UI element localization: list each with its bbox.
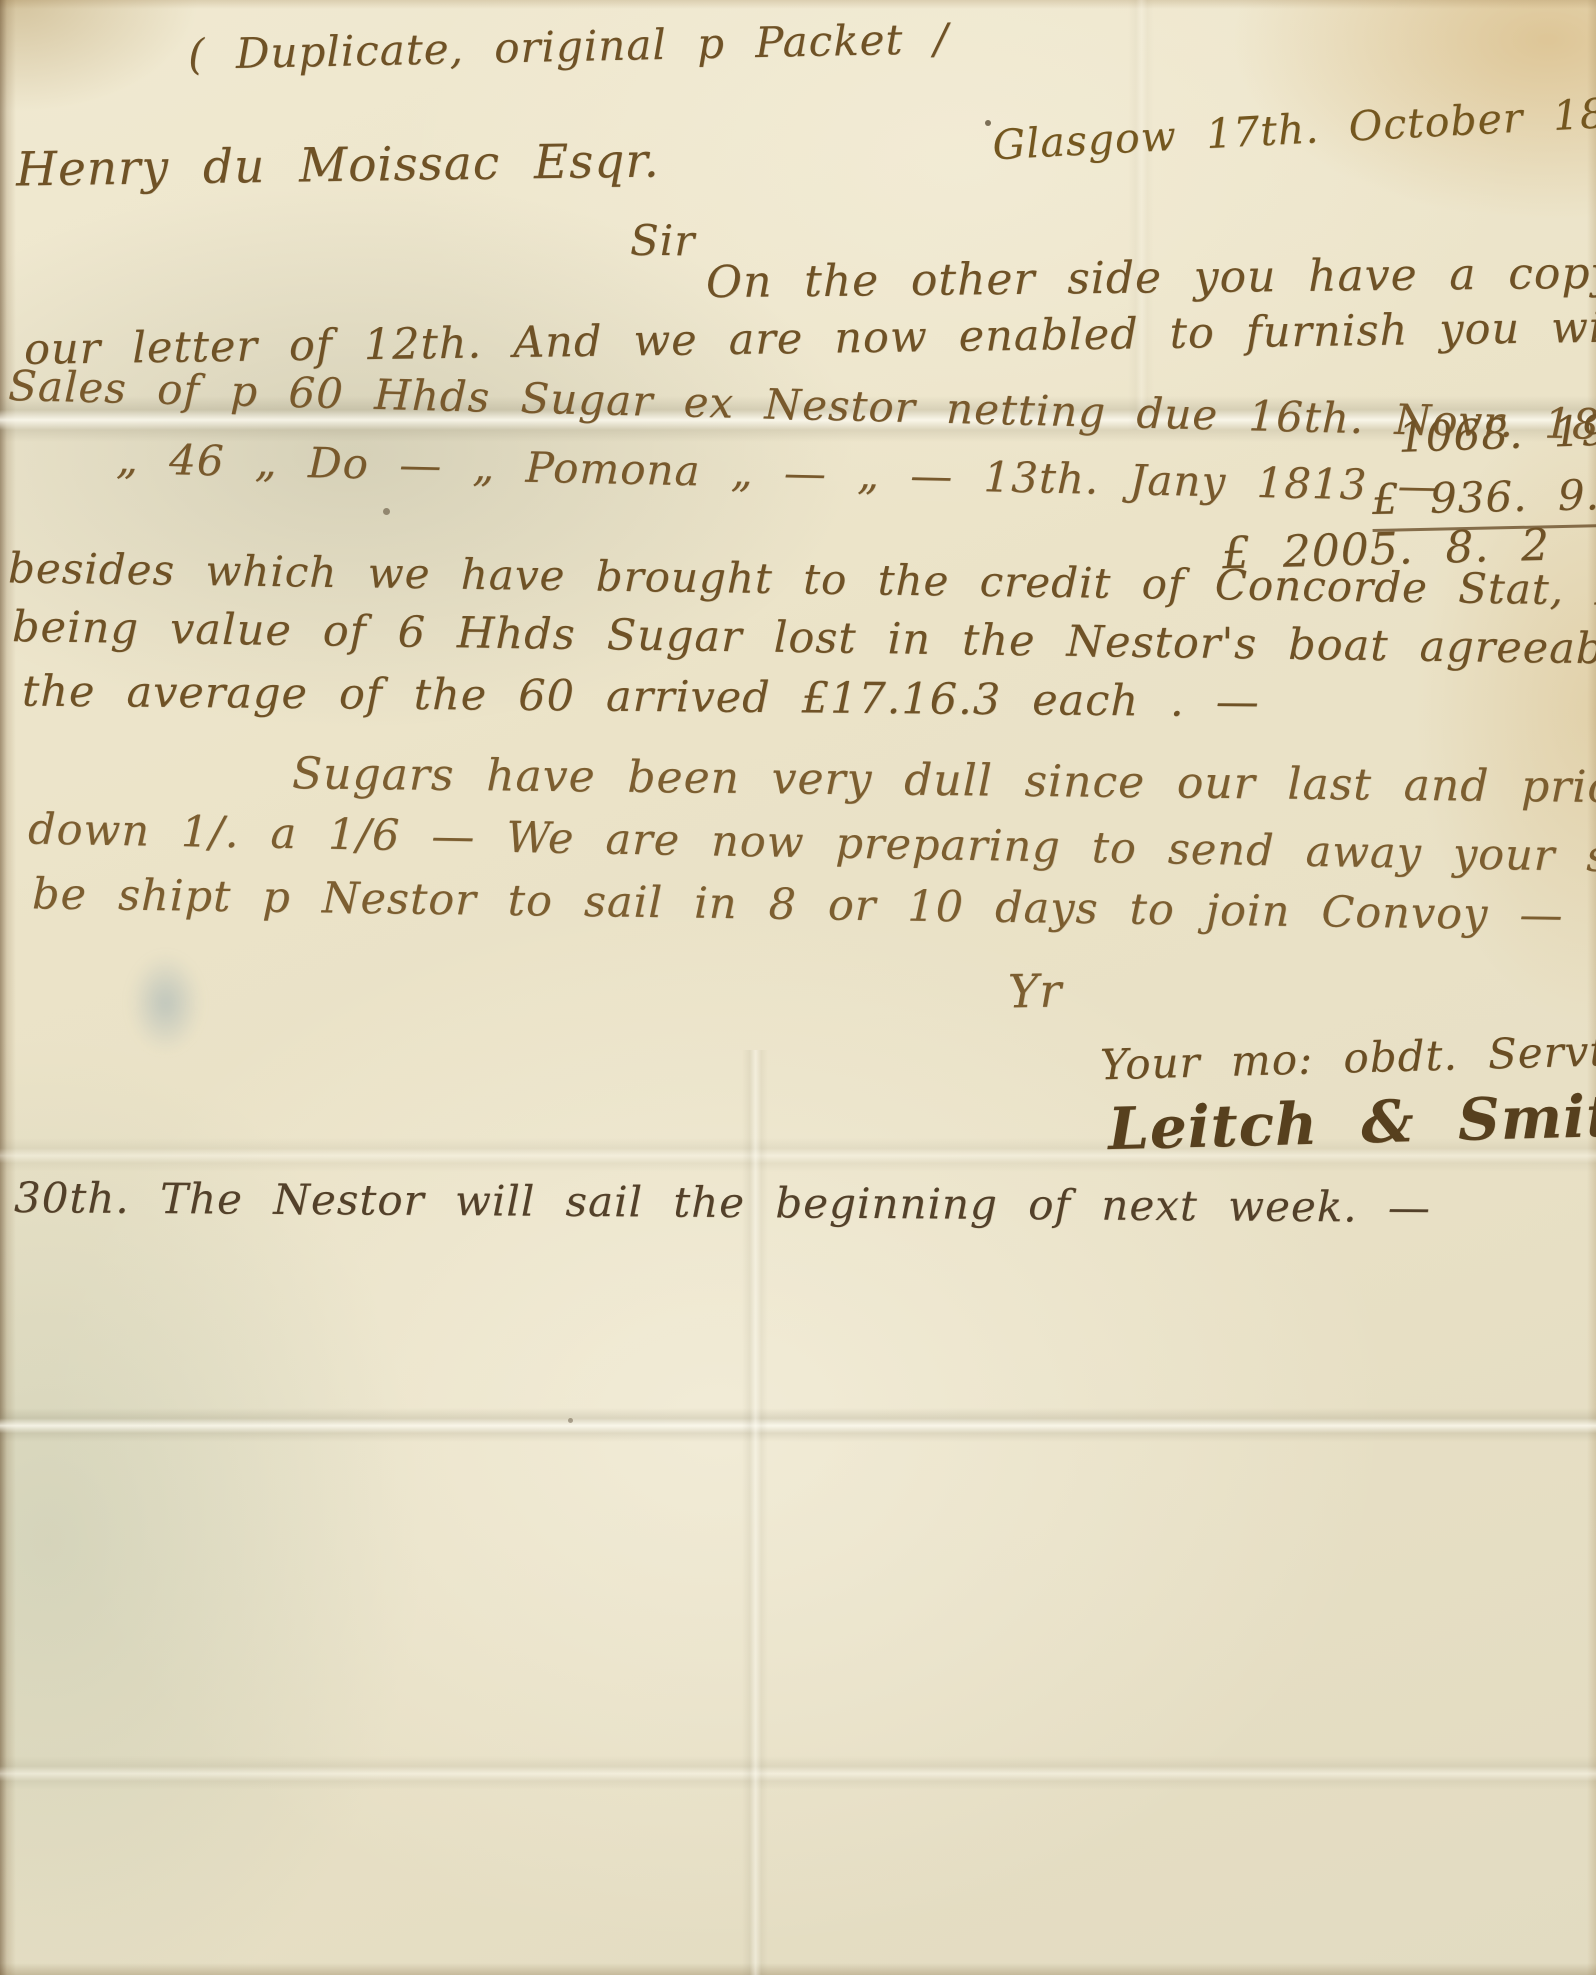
addressee: Henry du Moissac Esqr. xyxy=(16,134,660,198)
salutation: Sir xyxy=(630,216,695,265)
letter-scan: { "page": { "title": "Handwritten mercha… xyxy=(0,0,1596,1975)
paper-speck-1 xyxy=(985,120,991,126)
amount-nestor-sales: 1068. 19. 1 xyxy=(1397,403,1596,462)
closing-flourish: Yr xyxy=(1008,964,1063,1019)
postscript: 30th. The Nestor will sail the beginning… xyxy=(14,1173,1431,1232)
signature: Leitch & Smith xyxy=(1107,1081,1596,1163)
paper-speck-2 xyxy=(568,1418,573,1423)
paper-speck-3 xyxy=(383,508,390,515)
body-line-1: On the other side you have a copy of xyxy=(706,247,1596,308)
